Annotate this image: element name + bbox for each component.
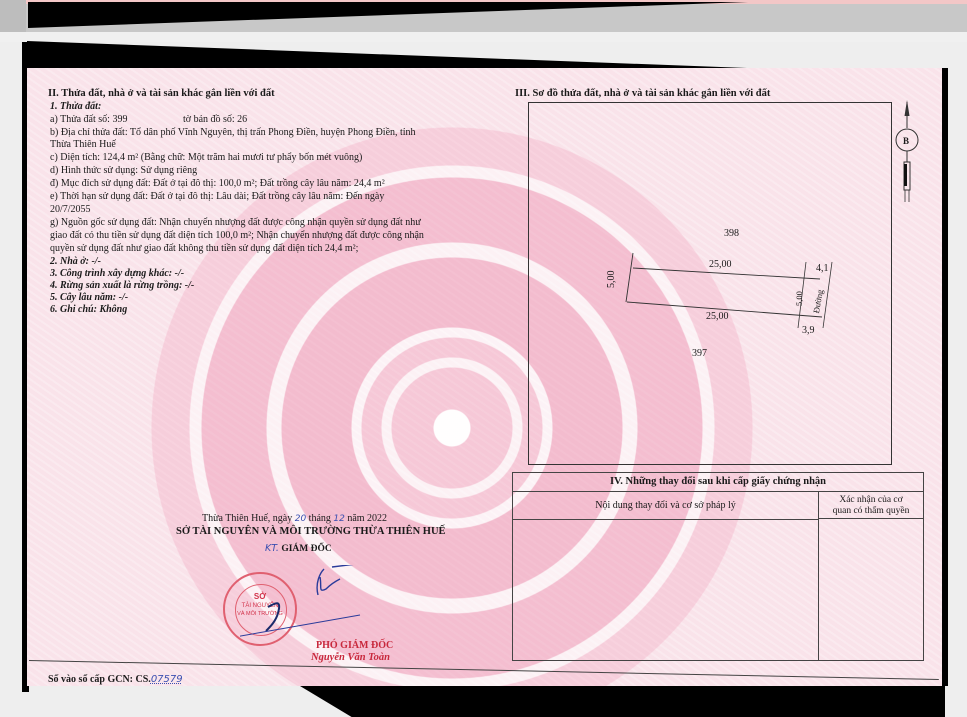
photo-border — [0, 0, 26, 32]
parcel-area: c) Diện tích: 124,4 m² (Bằng chữ: Một tr… — [50, 152, 362, 165]
changes-col-confirm-line2: quan có thẩm quyền — [819, 506, 923, 517]
parcel-address-line1: b) Địa chỉ thửa đất: Tổ dân phố Vĩnh Ngu… — [50, 127, 416, 140]
place-date: Thừa Thiên Huế, ngày 20 tháng 12 năm 202… — [202, 513, 387, 526]
section3-title: III. Sơ đồ thửa đất, nhà ở và tài sản kh… — [515, 88, 770, 101]
label-road-bottom: 3,9 — [802, 325, 815, 338]
usage-form: d) Hình thức sử dụng: Sử dụng riêng — [50, 165, 197, 178]
north-arrow-icon — [895, 100, 925, 210]
gcn-prefix: CS. — [136, 674, 151, 685]
page-edge-right — [942, 68, 948, 686]
north-label: B — [903, 135, 909, 148]
label-parcel-397: 397 — [692, 348, 707, 361]
photo-top-band — [0, 0, 967, 32]
role-title: GIÁM ĐỐC — [281, 544, 331, 554]
issuing-agency: SỞ TÀI NGUYÊN VÀ MÔI TRƯỜNG THỪA THIÊN H… — [176, 526, 446, 539]
place-date-prefix: Thừa Thiên Huế, ngày — [202, 513, 292, 524]
label-top-length: 25,00 — [709, 259, 732, 272]
item-forest: 4. Rừng sản xuất là rừng trồng: -/- — [50, 280, 194, 293]
usage-term-line1: e) Thời hạn sử dụng đất: Đất ở tại đô th… — [50, 191, 384, 204]
date-month-prefix: tháng — [309, 513, 331, 524]
item-house: 2. Nhà ở: -/- — [50, 256, 101, 269]
deputy-title: PHÓ GIÁM ĐỐC — [316, 640, 393, 653]
origin-line2: giao đất có thu tiền sử dụng đất diện tí… — [50, 230, 424, 243]
section2-title: II. Thửa đất, nhà ở và tài sản khác gắn … — [48, 88, 275, 101]
gcn-entry: Số vào sổ cấp GCN: CS.07579 — [48, 674, 183, 687]
item-note: 6. Ghi chú: Không — [50, 304, 127, 317]
role-prefix: KT. — [265, 543, 279, 554]
page-shadow — [28, 2, 748, 28]
changes-table: IV. Những thay đổi sau khi cấp giấy chứn… — [512, 472, 924, 661]
item-perennial: 5. Cây lâu năm: -/- — [50, 292, 128, 305]
changes-table-title: IV. Những thay đổi sau khi cấp giấy chứn… — [513, 473, 923, 492]
date-month: 12 — [333, 514, 344, 524]
label-road-top: 4,1 — [816, 263, 829, 276]
parcel-address-line2: Thừa Thiên Huế — [50, 139, 116, 152]
signer-name: Nguyễn Văn Toàn — [311, 652, 390, 665]
map-sheet-number: tờ bản đồ số: 26 — [183, 114, 247, 127]
origin-line1: g) Nguồn gốc sử dụng đất: Nhận chuyển nh… — [50, 217, 421, 230]
date-day: 20 — [295, 514, 306, 524]
table-divider — [818, 519, 819, 660]
gcn-number: 07579 — [151, 674, 183, 685]
changes-col-content: Nội dung thay đổi và cơ sở pháp lý — [513, 492, 819, 520]
page-shadow-bottom — [300, 686, 945, 717]
section2-sub1: 1. Thửa đất: — [50, 101, 101, 114]
label-right-width: 5,00 — [793, 291, 806, 306]
origin-line3: quyền sử dụng đất như giao đất không thu… — [50, 243, 358, 256]
usage-term-line2: 20/7/2055 — [50, 204, 91, 217]
changes-col-confirm-line1: Xác nhận của cơ — [819, 495, 923, 506]
gcn-label: Số vào sổ cấp GCN: — [48, 674, 133, 685]
signer-role: KT. GIÁM ĐỐC — [265, 543, 332, 556]
changes-col-confirm: Xác nhận của cơ quan có thẩm quyền — [819, 492, 923, 519]
parcel-sketch — [590, 220, 850, 370]
label-left-width: 5,00 — [606, 271, 619, 289]
photo-gap — [0, 32, 967, 42]
parcel-number: a) Thửa đất số: 399 — [50, 114, 127, 127]
usage-purpose: đ) Mục đích sử dụng đất: Đất ở tại đô th… — [50, 178, 385, 191]
label-parcel-398: 398 — [724, 228, 739, 241]
item-other-construction: 3. Công trình xây dựng khác: -/- — [50, 268, 184, 281]
date-year: năm 2022 — [347, 513, 387, 524]
label-bottom-length: 25,00 — [706, 311, 729, 324]
page-shadow — [27, 41, 747, 68]
